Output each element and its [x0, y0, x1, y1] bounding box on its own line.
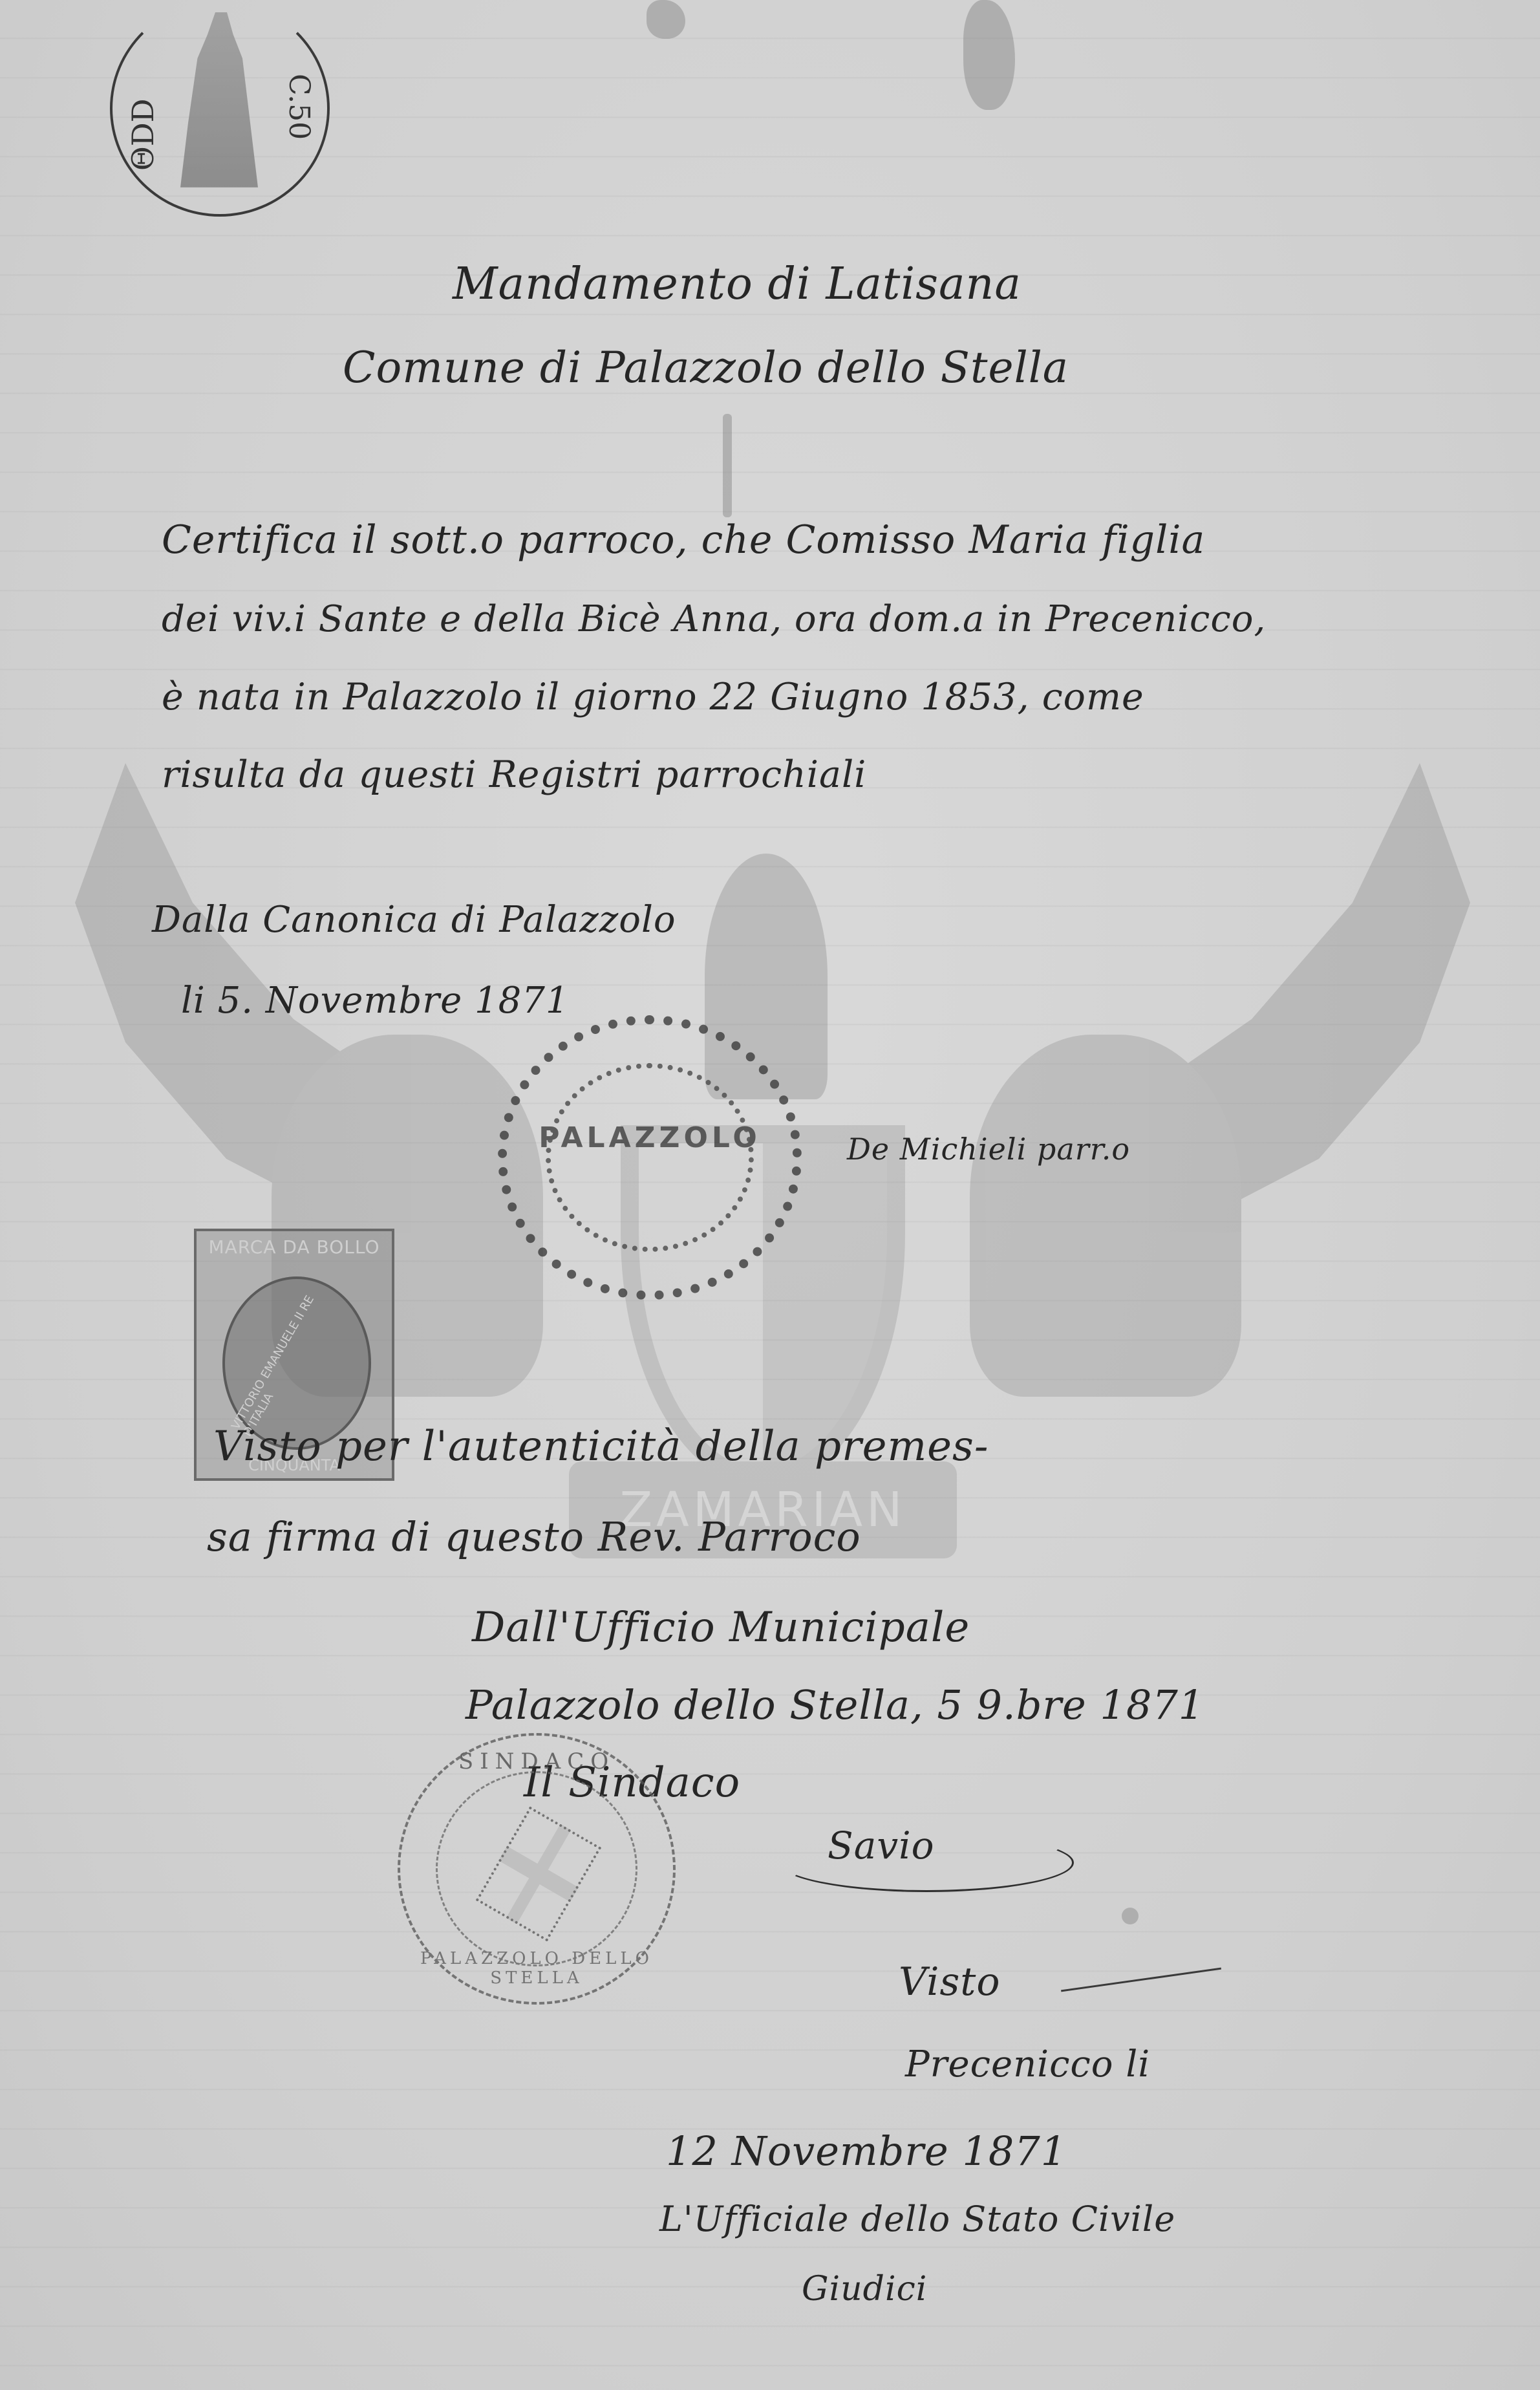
- italia-figure-icon: [180, 12, 258, 197]
- visto-line-3: 12 Novembre 1871: [666, 2127, 1067, 2175]
- visto-line-5: Giudici: [802, 2270, 927, 2309]
- visto-line-1: Visto: [899, 1959, 1001, 2005]
- body-line-2: dei viv.i Sante e della Bicè Anna, ora d…: [162, 598, 1266, 640]
- parish-date: li 5. Novembre 1871: [181, 980, 570, 1022]
- ink-stroke: [723, 414, 732, 517]
- visto-line-2: Precenicco li: [905, 2043, 1150, 2085]
- embossed-stamp: ΘDD C.50: [110, 0, 330, 217]
- parish-signature: De Michieli parr.o: [847, 1132, 1130, 1167]
- auth-line-4: Palazzolo dello Stella, 5 9.bre 1871: [465, 1681, 1204, 1728]
- stamp-value: C.50: [283, 74, 315, 140]
- stamp-left-text: ΘDD: [125, 99, 160, 171]
- auth-line-1: Visto per l'autenticità della premes-: [213, 1423, 989, 1470]
- body-line-3: è nata in Palazzolo il giorno 22 Giugno …: [162, 676, 1144, 718]
- visto-line-4: L'Ufficiale dello Stato Civile: [659, 2199, 1175, 2239]
- sindaco-seal-top: SINDACO: [400, 1749, 673, 1774]
- body-line-4: risulta da questi Registri parrochiali: [162, 753, 866, 796]
- sindaco-seal: SINDACO PALAZZOLO DELLO STELLA: [398, 1733, 676, 2005]
- revenue-stamp-header: MARCA DA BOLLO: [197, 1236, 392, 1258]
- seal-inner-ring: [546, 1063, 754, 1252]
- signature-flourish: [779, 1833, 1074, 1892]
- heading-mandamento: Mandamento di Latisana: [453, 259, 1021, 310]
- watermark-right-lion: [970, 1035, 1241, 1397]
- body-line-1: Certifica il sott.o parroco, che Comisso…: [162, 517, 1205, 563]
- parish-place: Dalla Canonica di Palazzolo: [152, 899, 676, 941]
- auth-line-2: sa firma di questo Rev. Parroco: [207, 1513, 861, 1560]
- heading-comune: Comune di Palazzolo dello Stella: [343, 343, 1069, 393]
- sindaco-seal-bottom: PALAZZOLO DELLO STELLA: [400, 1949, 673, 1988]
- auth-line-3: Dall'Ufficio Municipale: [472, 1604, 970, 1652]
- ink-drop: [1122, 1908, 1139, 1924]
- seal-text: PALAZZOLO: [507, 1121, 793, 1154]
- parish-ink-seal: PALAZZOLO: [498, 1015, 802, 1300]
